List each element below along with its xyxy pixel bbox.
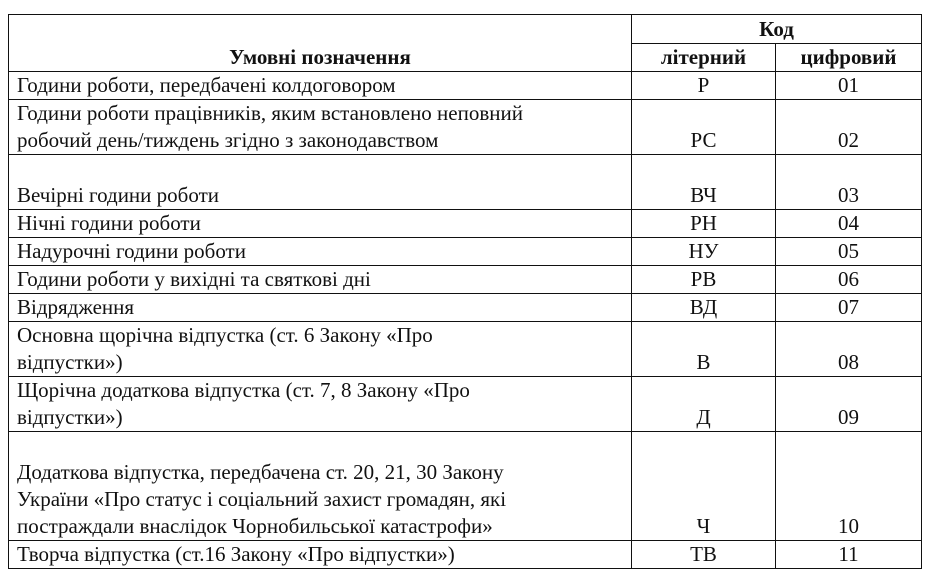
row-digit-code: 09 — [776, 377, 922, 432]
header-description: Умовні позначення — [9, 15, 632, 72]
row-letter-code: РН — [632, 210, 776, 238]
description-line: відпустки») — [17, 349, 623, 376]
table-row: Щорічна додаткова відпустка (ст. 7, 8 За… — [9, 377, 922, 432]
row-letter-code: ВД — [632, 294, 776, 322]
row-letter-code: Ч — [632, 432, 776, 541]
table-row: Вечірні години роботиВЧ03 — [9, 155, 922, 210]
description-line: Основна щорічна відпустка (ст. 6 Закону … — [17, 322, 623, 349]
row-digit-code: 05 — [776, 238, 922, 266]
row-description: Додаткова відпустка, передбачена ст. 20,… — [9, 432, 632, 541]
row-letter-code: Р — [632, 72, 776, 100]
row-digit-code: 03 — [776, 155, 922, 210]
row-description: Надурочні години роботи — [9, 238, 632, 266]
row-letter-code: Д — [632, 377, 776, 432]
description-line: Додаткова відпустка, передбачена ст. 20,… — [17, 459, 623, 486]
row-digit-code: 04 — [776, 210, 922, 238]
row-description: Години роботи працівників, яким встановл… — [9, 100, 632, 155]
description-line: Відрядження — [17, 294, 623, 321]
header-digit-code: цифровий — [776, 43, 922, 72]
row-description: Основна щорічна відпустка (ст. 6 Закону … — [9, 322, 632, 377]
description-line: Надурочні години роботи — [17, 238, 623, 265]
row-digit-code: 02 — [776, 100, 922, 155]
row-description: Творча відпустка (ст.16 Закону «Про відп… — [9, 541, 632, 569]
description-line: України «Про статус і соціальний захист … — [17, 486, 623, 513]
table-row: Творча відпустка (ст.16 Закону «Про відп… — [9, 541, 922, 569]
table-row: Надурочні години роботиНУ05 — [9, 238, 922, 266]
description-line: постраждали внаслідок Чорнобильської кат… — [17, 513, 623, 540]
table-row: Нічні години роботиРН04 — [9, 210, 922, 238]
table-row: ВідрядженняВД07 — [9, 294, 922, 322]
row-description: Години роботи у вихідні та святкові дні — [9, 266, 632, 294]
row-digit-code: 06 — [776, 266, 922, 294]
description-line: Творча відпустка (ст.16 Закону «Про відп… — [17, 541, 623, 568]
codes-table: Умовні позначення Код літерний цифровий … — [8, 14, 922, 569]
row-digit-code: 08 — [776, 322, 922, 377]
row-letter-code: ВЧ — [632, 155, 776, 210]
description-line: Години роботи у вихідні та святкові дні — [17, 266, 623, 293]
header-code-group: Код — [632, 15, 922, 44]
table-row: Години роботи, передбачені колдоговоромР… — [9, 72, 922, 100]
row-digit-code: 01 — [776, 72, 922, 100]
row-letter-code: В — [632, 322, 776, 377]
description-line: Нічні години роботи — [17, 210, 623, 237]
description-line: Щорічна додаткова відпустка (ст. 7, 8 За… — [17, 377, 623, 404]
row-digit-code: 07 — [776, 294, 922, 322]
row-letter-code: ТВ — [632, 541, 776, 569]
row-description: Нічні години роботи — [9, 210, 632, 238]
row-digit-code: 11 — [776, 541, 922, 569]
description-line — [17, 155, 623, 182]
row-description: Вечірні години роботи — [9, 155, 632, 210]
row-digit-code: 10 — [776, 432, 922, 541]
table-row: Додаткова відпустка, передбачена ст. 20,… — [9, 432, 922, 541]
description-line: Вечірні години роботи — [17, 182, 623, 209]
description-line: відпустки») — [17, 404, 623, 431]
header-letter-code: літерний — [632, 43, 776, 72]
table-row: Години роботи працівників, яким встановл… — [9, 100, 922, 155]
description-line: Години роботи, передбачені колдоговором — [17, 72, 623, 99]
table-body: Години роботи, передбачені колдоговоромР… — [9, 72, 922, 569]
row-description: Щорічна додаткова відпустка (ст. 7, 8 За… — [9, 377, 632, 432]
row-letter-code: РС — [632, 100, 776, 155]
row-description: Години роботи, передбачені колдоговором — [9, 72, 632, 100]
row-letter-code: РВ — [632, 266, 776, 294]
description-line: робочий день/тиждень згідно з законодавс… — [17, 127, 623, 154]
description-line: Години роботи працівників, яким встановл… — [17, 100, 623, 127]
row-letter-code: НУ — [632, 238, 776, 266]
description-line — [17, 432, 623, 459]
table-row: Основна щорічна відпустка (ст. 6 Закону … — [9, 322, 922, 377]
table-row: Години роботи у вихідні та святкові дніР… — [9, 266, 922, 294]
row-description: Відрядження — [9, 294, 632, 322]
